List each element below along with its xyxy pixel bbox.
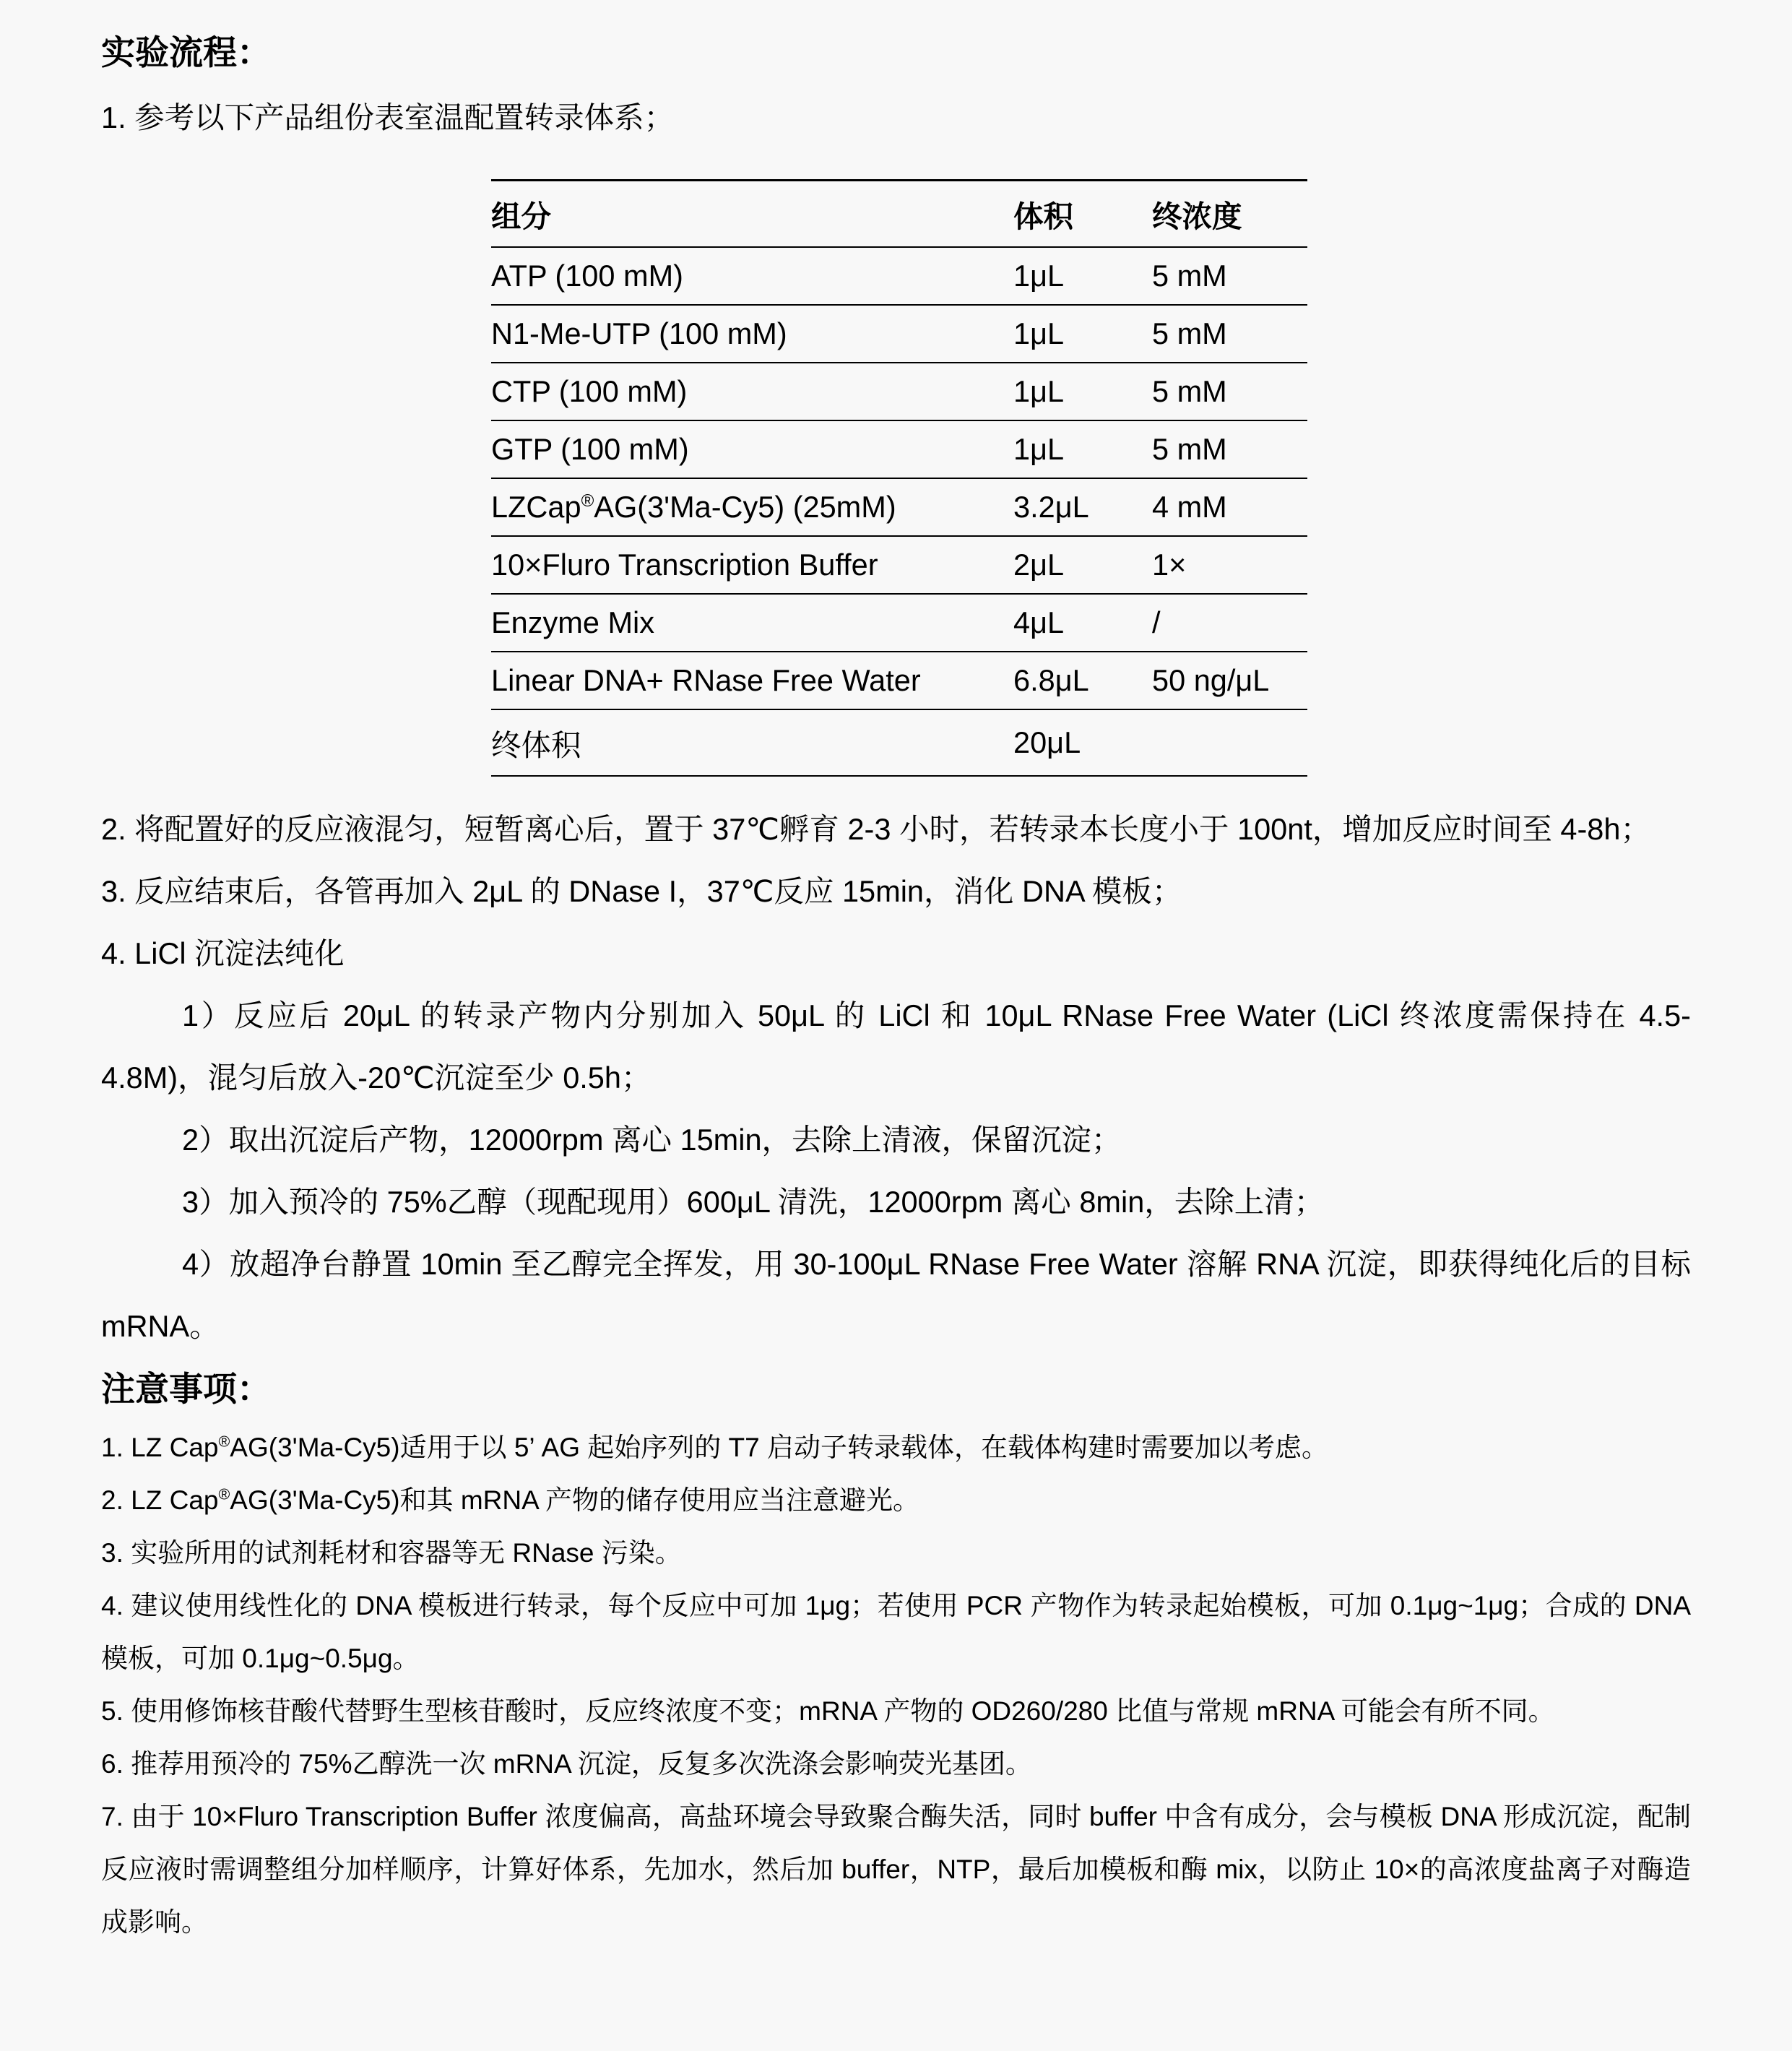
table-row: Linear DNA+ RNase Free Water6.8μL50 ng/μ… [491,652,1307,709]
table-cell: / [1152,594,1307,652]
table-row: ATP (100 mM)1μL5 mM [491,247,1307,305]
procedure-step: 3. 反应结束后，各管再加入 2μL 的 DNase I，37℃反应 15min… [101,860,1691,923]
note-item: 2. LZ Cap®AG(3'Ma-Cy5)和其 mRNA 产物的储存使用应当注… [101,1474,1691,1527]
table-row: CTP (100 mM)1μL5 mM [491,363,1307,420]
table-cell: 2μL [1013,536,1152,594]
table-row: 终体积20μL [491,709,1307,776]
procedure-step: 3）加入预冷的 75%乙醇（现配现用）600μL 清洗，12000rpm 离心 … [101,1171,1691,1233]
table-cell: 终体积 [491,709,1013,776]
table-row: Enzyme Mix4μL/ [491,594,1307,652]
table-header-final-concentration: 终浓度 [1152,181,1307,248]
table-header-component: 组分 [491,181,1013,248]
procedure-step-intro: 1. 参考以下产品组份表室温配置转录体系； [101,87,1691,149]
procedure-step: 2. 将配置好的反应液混匀，短暂离心后，置于 37℃孵育 2-3 小时，若转录本… [101,798,1691,860]
table-row: LZCap®AG(3'Ma-Cy5) (25mM)3.2μL4 mM [491,478,1307,536]
notes-list: 1. LZ Cap®AG(3'Ma-Cy5)适用于以 5’ AG 起始序列的 T… [101,1421,1691,1948]
table-cell: 5 mM [1152,420,1307,478]
note-item: 3. 实验所用的试剂耗材和容器等无 RNase 污染。 [101,1527,1691,1579]
table-cell: Linear DNA+ RNase Free Water [491,652,1013,709]
table-cell: 1× [1152,536,1307,594]
table-cell: CTP (100 mM) [491,363,1013,420]
note-item: 4. 建议使用线性化的 DNA 模板进行转录，每个反应中可加 1μg；若使用 P… [101,1579,1691,1685]
procedure-step: 2）取出沉淀后产物，12000rpm 离心 15min，去除上清液，保留沉淀； [101,1109,1691,1171]
table-cell: 4 mM [1152,478,1307,536]
table-cell: 50 ng/μL [1152,652,1307,709]
table-header-volume: 体积 [1013,181,1152,248]
procedure-step: 4）放超净台静置 10min 至乙醇完全挥发，用 30-100μL RNase … [101,1233,1691,1357]
table-body: ATP (100 mM)1μL5 mMN1-Me-UTP (100 mM)1μL… [491,247,1307,776]
procedure-steps: 2. 将配置好的反应液混匀，短暂离心后，置于 37℃孵育 2-3 小时，若转录本… [101,798,1691,1357]
table-row: GTP (100 mM)1μL5 mM [491,420,1307,478]
table-cell: 5 mM [1152,305,1307,363]
table-cell: ATP (100 mM) [491,247,1013,305]
table-cell: 1μL [1013,305,1152,363]
document-page: 实验流程： 1. 参考以下产品组份表室温配置转录体系； 组分 体积 终浓度 AT… [0,0,1792,2051]
note-item: 5. 使用修饰核苷酸代替野生型核苷酸时，反应终浓度不变；mRNA 产物的 OD2… [101,1685,1691,1737]
note-item: 6. 推荐用预冷的 75%乙醇洗一次 mRNA 沉淀，反复多次洗涤会影响荧光基团… [101,1737,1691,1790]
table-cell [1152,709,1307,776]
table-cell: Enzyme Mix [491,594,1013,652]
table-header-row: 组分 体积 终浓度 [491,181,1307,248]
note-item: 1. LZ Cap®AG(3'Ma-Cy5)适用于以 5’ AG 起始序列的 T… [101,1421,1691,1474]
table-row: N1-Me-UTP (100 mM)1μL5 mM [491,305,1307,363]
table-cell: 1μL [1013,420,1152,478]
table-cell: N1-Me-UTP (100 mM) [491,305,1013,363]
procedure-step: 4. LiCl 沉淀法纯化 [101,923,1691,985]
table-cell: 20μL [1013,709,1152,776]
table-row: 10×Fluro Transcription Buffer2μL1× [491,536,1307,594]
table-cell: 4μL [1013,594,1152,652]
procedure-title: 实验流程： [101,18,1691,87]
transcription-components-table: 组分 体积 终浓度 ATP (100 mM)1μL5 mMN1-Me-UTP (… [491,179,1307,777]
table-cell: GTP (100 mM) [491,420,1013,478]
procedure-step: 1）反应后 20μL 的转录产物内分别加入 50μL 的 LiCl 和 10μL… [101,985,1691,1109]
table-cell: 6.8μL [1013,652,1152,709]
note-item: 7. 由于 10×Fluro Transcription Buffer 浓度偏高… [101,1790,1691,1948]
table-cell: 1μL [1013,247,1152,305]
table-cell: 5 mM [1152,363,1307,420]
table-cell: 3.2μL [1013,478,1152,536]
notes-title: 注意事项： [101,1357,1691,1421]
table-cell: 1μL [1013,363,1152,420]
table-cell: LZCap®AG(3'Ma-Cy5) (25mM) [491,478,1013,536]
table-cell: 5 mM [1152,247,1307,305]
table-cell: 10×Fluro Transcription Buffer [491,536,1013,594]
